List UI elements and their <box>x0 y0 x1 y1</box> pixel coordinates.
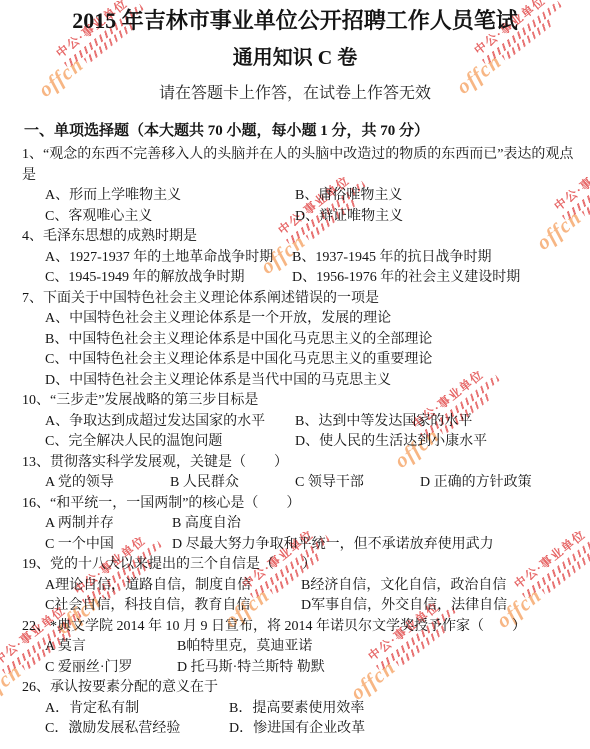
question-option: D、辩证唯物主义 <box>295 207 403 228</box>
question-text: 7、下面关于中国特色社会主义理论体系阐述错误的一项是 <box>22 289 582 310</box>
question-option: B帕特里克，莫迪亚诺 <box>177 637 312 658</box>
question-option: A、形而上学唯物主义 <box>45 186 181 207</box>
question-text: 19、党的十八大以来提出的三个自信是（ ） <box>22 555 582 576</box>
question-options: A理论自信，道路自信，制度自信B经济自信，文化自信，政治自信C社会自信，科技自信… <box>45 576 582 617</box>
question-option: B、中国特色社会主义理论体系是中国化马克思主义的全部理论 <box>45 330 582 351</box>
question-option: D军事自信，外交自信，法律自信 <box>301 596 507 617</box>
question-options: A、中国特色社会主义理论体系是一个开放，发展的理论B、中国特色社会主义理论体系是… <box>45 309 582 391</box>
question-option: C 爱丽丝·门罗 <box>45 658 133 679</box>
question-option: B、庸俗唯物主义 <box>295 186 402 207</box>
question-option: B、达到中等发达国家的水平 <box>295 412 472 433</box>
question: 19、党的十八大以来提出的三个自信是（ ）A理论自信，道路自信，制度自信B经济自… <box>22 555 582 617</box>
question-text: 4、毛泽东思想的成熟时期是 <box>22 227 582 248</box>
question: 10、“三步走”发展战略的第三步目标是A、争取达到成超过发达国家的水平B、达到中… <box>22 391 582 453</box>
question-text: 16、“和平统一，一国两制”的核心是（ ） <box>22 494 582 515</box>
question-option: D、使人民的生活达到小康水平 <box>295 432 487 453</box>
question-text: 13、贯彻落实科学发展观，关键是（ ） <box>22 453 582 474</box>
question-option: B 人民群众 <box>170 473 239 494</box>
question-text: 22、*典文学院 2014 年 10 月 9 日宣布，将 2014 年诺贝尔文学… <box>22 617 582 638</box>
section-heading: 一、单项选择题（本大题共 70 小题，每小题 1 分，共 70 分） <box>24 120 582 142</box>
question-option: C、客观唯心主义 <box>45 207 152 228</box>
question-option: C、中国特色社会主义理论体系是中国化马克思主义的重要理论 <box>45 350 582 371</box>
question: 4、毛泽东思想的成熟时期是A、1927-1937 年的土地革命战争时期B、193… <box>22 227 582 289</box>
question-option: A 党的领导 <box>45 473 114 494</box>
question-option: A、争取达到成超过发达国家的水平 <box>45 412 265 433</box>
question: 1、“观念的东西不完善移入人的头脑并在人的头脑中改造过的物质的东西而已”表达的观… <box>22 145 582 227</box>
question-options: A 党的领导B 人民群众C 领导干部D 正确的方针政策 <box>45 473 582 494</box>
question: 22、*典文学院 2014 年 10 月 9 日宣布，将 2014 年诺贝尔文学… <box>22 617 582 679</box>
question: 16、“和平统一，一国两制”的核心是（ ）A 两制并存B 高度自治C 一个中国D… <box>22 494 582 556</box>
answer-sheet-notice: 请在答题卡上作答，在试卷上作答无效 <box>10 83 580 105</box>
question: 7、下面关于中国特色社会主义理论体系阐述错误的一项是A、中国特色社会主义理论体系… <box>22 289 582 392</box>
question-option: A．肯定私有制 <box>45 699 139 720</box>
question-options: A 两制并存B 高度自治C 一个中国D 尽最大努力争取和平统一，但不承诺放弃使用… <box>45 514 582 555</box>
question-options: A、争取达到成超过发达国家的水平B、达到中等发达国家的水平C、完全解决人民的温饱… <box>45 412 582 453</box>
question-options: A 莫言B帕特里克，莫迪亚诺C 爱丽丝·门罗D 托马斯·特兰斯特 勒默 <box>45 637 582 678</box>
question-option: D、中国特色社会主义理论体系是当代中国的马克思主义 <box>45 371 582 392</box>
question-option: C 一个中国 <box>45 535 114 556</box>
question-option: D 尽最大努力争取和平统一，但不承诺放弃使用武力 <box>172 535 494 556</box>
question-option: D 正确的方针政策 <box>420 473 532 494</box>
question-option: C、1945-1949 年的解放战争时期 <box>45 268 245 289</box>
question-option: A、中国特色社会主义理论体系是一个开放，发展的理论 <box>45 309 582 330</box>
paper-subtitle: 通用知识 C 卷 <box>10 44 580 72</box>
question-option: B 高度自治 <box>172 514 241 535</box>
question-options: A．肯定私有制B．提高要素使用效率C．激励发展私营经验D．惨进国有企业改革 <box>45 699 582 740</box>
questions: 1、“观念的东西不完善移入人的头脑并在人的头脑中改造过的物质的东西而已”表达的观… <box>22 145 582 740</box>
question-option: C 领导干部 <box>295 473 364 494</box>
exam-content: 2015 年吉林市事业单位公开招聘工作人员笔试 通用知识 C 卷 请在答题卡上作… <box>0 6 590 740</box>
question-option: C．激励发展私营经验 <box>45 719 180 740</box>
question-option: D 托马斯·特兰斯特 勒默 <box>177 658 325 679</box>
question-option: D、1956-1976 年的社会主义建设时期 <box>292 268 520 289</box>
question-options: A、1927-1937 年的土地革命战争时期B、1937-1945 年的抗日战争… <box>45 248 582 289</box>
question-text: 1、“观念的东西不完善移入人的头脑并在人的头脑中改造过的物质的东西而已”表达的观… <box>22 145 582 186</box>
question-text: 10、“三步走”发展战略的第三步目标是 <box>22 391 582 412</box>
question-option: A 两制并存 <box>45 514 114 535</box>
question: 13、贯彻落实科学发展观，关键是（ ）A 党的领导B 人民群众C 领导干部D 正… <box>22 453 582 494</box>
question-option: B．提高要素使用效率 <box>229 699 364 720</box>
question-option: D．惨进国有企业改革 <box>229 719 365 740</box>
question-option: C、完全解决人民的温饱问题 <box>45 432 222 453</box>
question-option: B经济自信，文化自信，政治自信 <box>301 576 506 597</box>
question-text: 26、承认按要素分配的意义在于 <box>22 678 582 699</box>
page-title: 2015 年吉林市事业单位公开招聘工作人员笔试 <box>10 6 580 36</box>
question-option: A理论自信，道路自信，制度自信 <box>45 576 251 597</box>
question-option: A、1927-1937 年的土地革命战争时期 <box>45 248 273 269</box>
exam-paper-page: offcn中公·事业单位offcn中公·事业单位offcn中公·事业单位offc… <box>0 0 590 749</box>
question-option: B、1937-1945 年的抗日战争时期 <box>292 248 492 269</box>
question: 26、承认按要素分配的意义在于A．肯定私有制B．提高要素使用效率C．激励发展私营… <box>22 678 582 740</box>
question-option: A 莫言 <box>45 637 86 658</box>
question-options: A、形而上学唯物主义B、庸俗唯物主义C、客观唯心主义D、辩证唯物主义 <box>45 186 582 227</box>
question-option: C社会自信，科技自信，教育自信 <box>45 596 250 617</box>
